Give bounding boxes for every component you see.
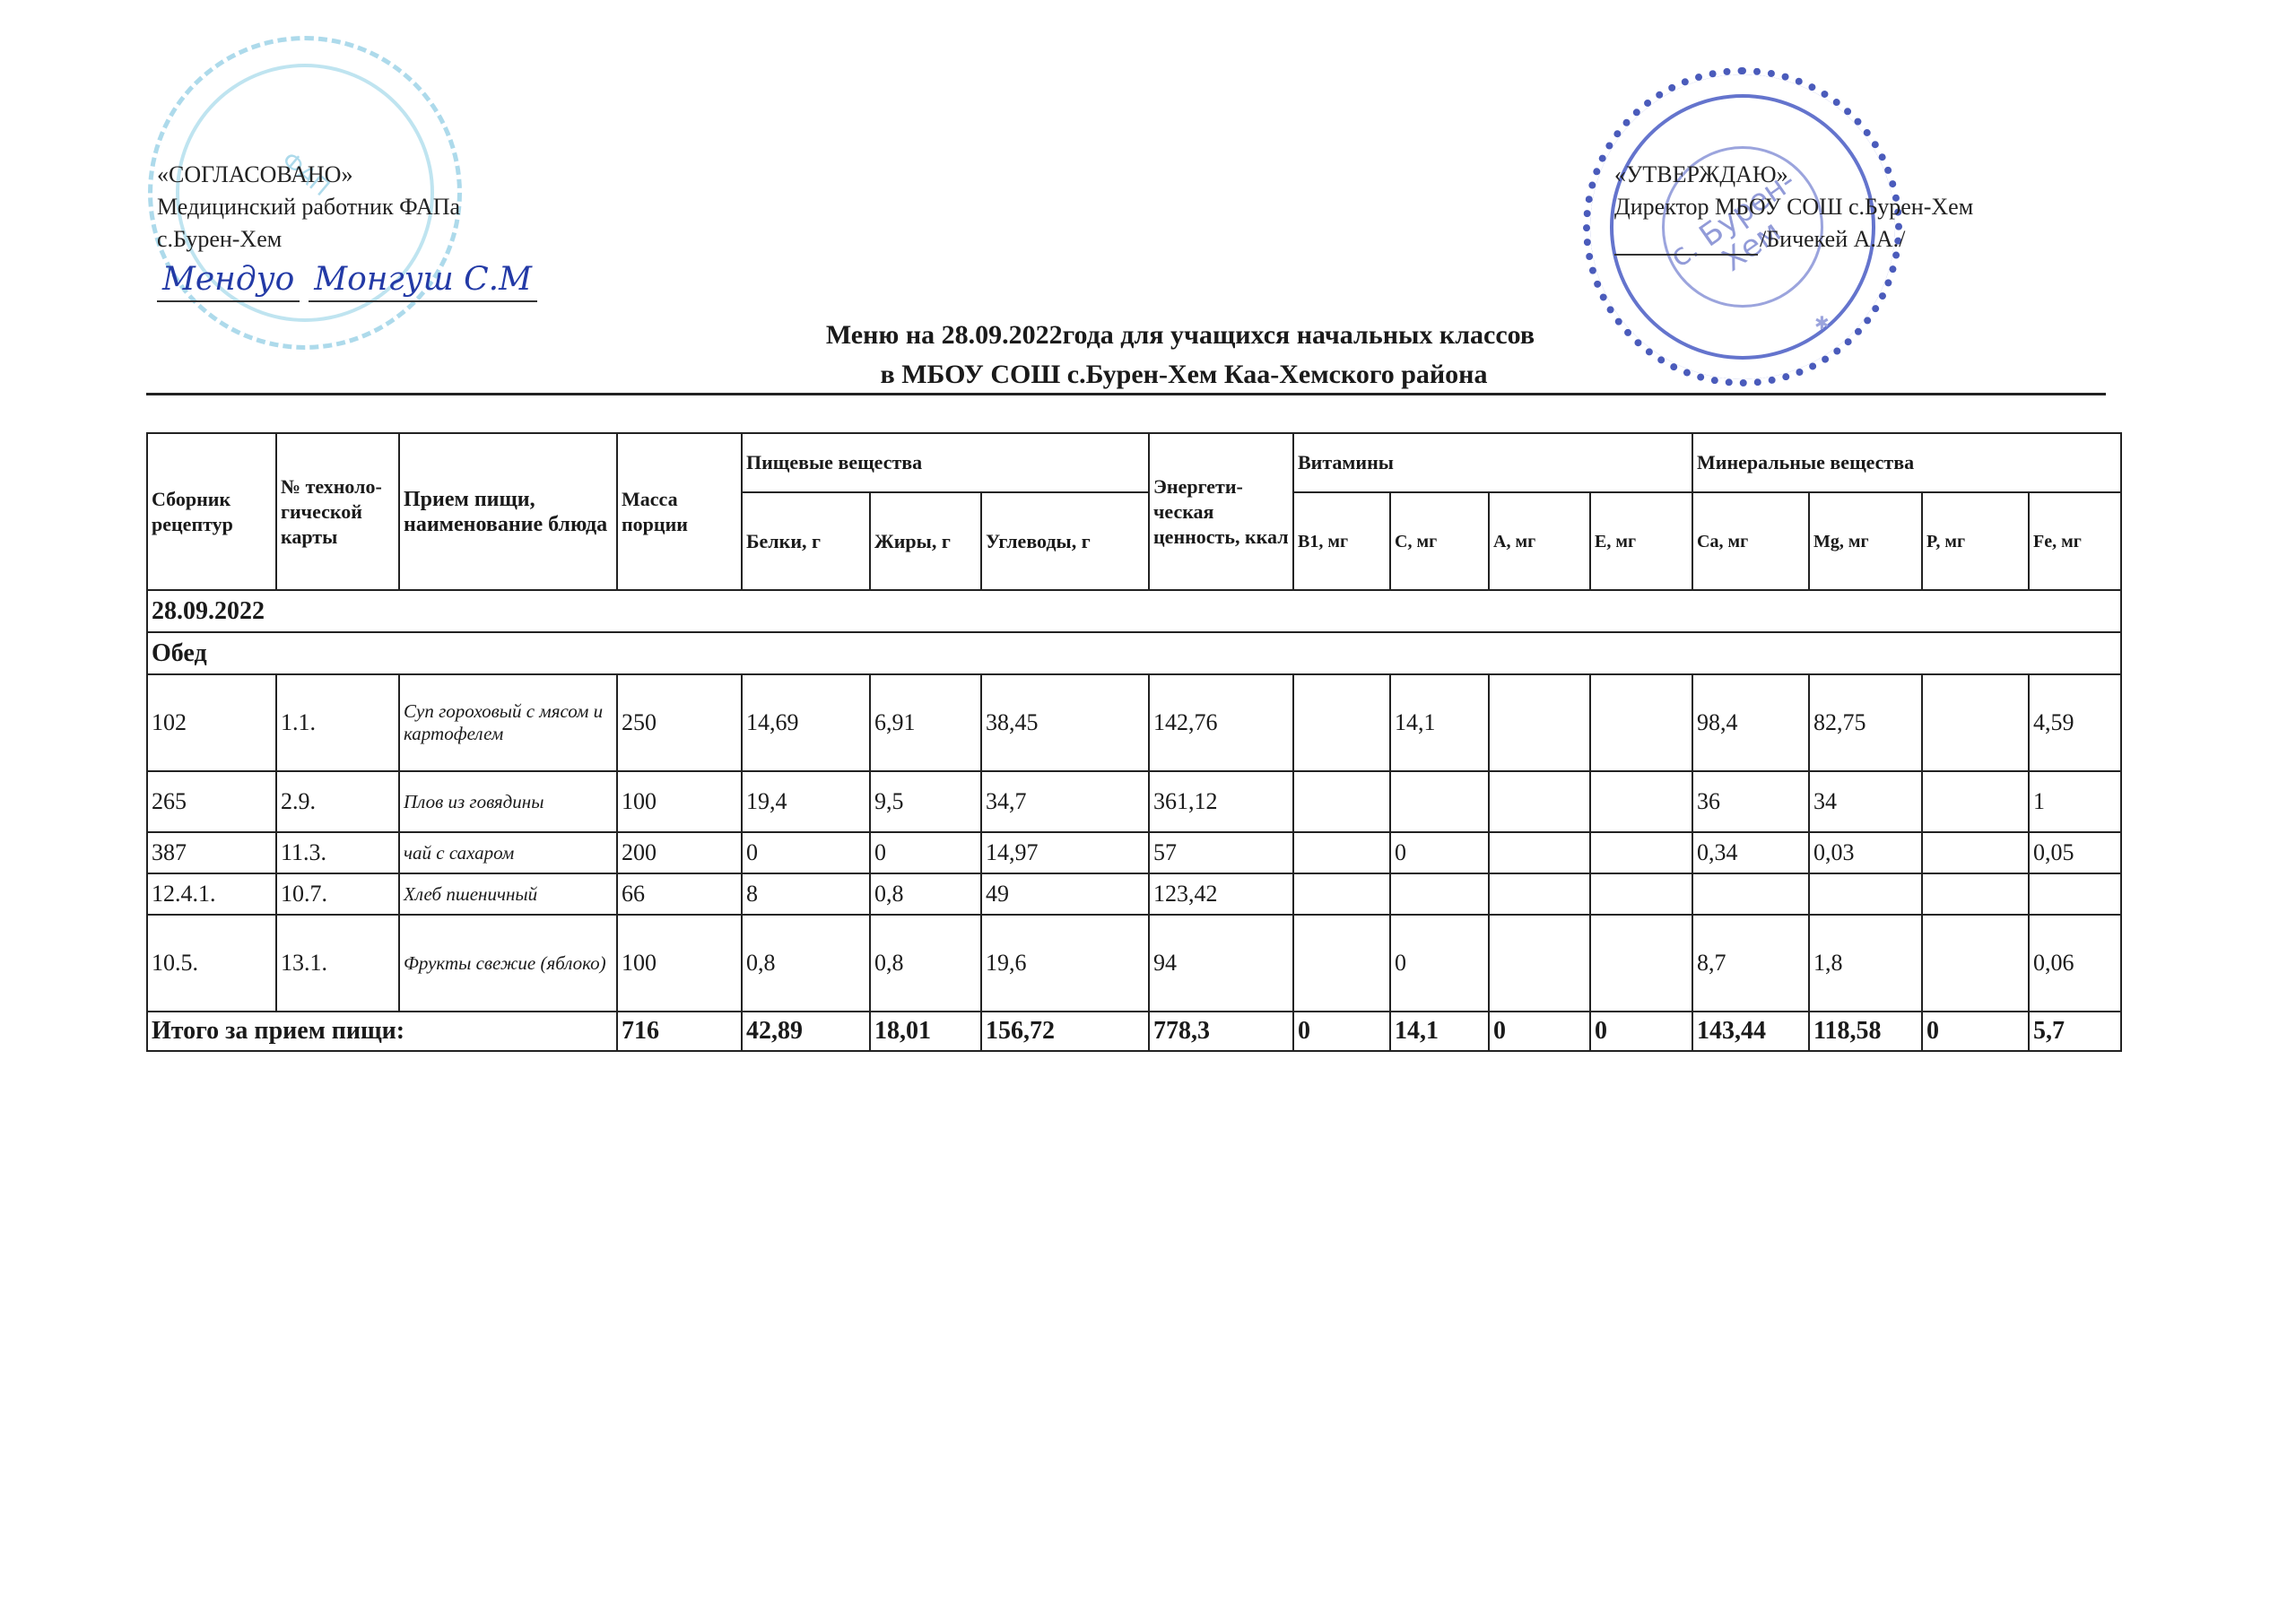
col-meal-name: Прием пищи, наименование блюда — [399, 433, 617, 590]
total-c: 14,1 — [1390, 1012, 1489, 1051]
cell-c — [1390, 771, 1489, 832]
col-p: P, мг — [1922, 492, 2029, 590]
cell-ca: 98,4 — [1692, 674, 1809, 771]
total-mg: 118,58 — [1809, 1012, 1922, 1051]
col-b1: B1, мг — [1293, 492, 1390, 590]
cell-protein: 8 — [742, 873, 870, 915]
total-p: 0 — [1922, 1012, 2029, 1051]
agreed-position: Медицинский работник ФАПа — [157, 191, 537, 223]
cell-ca: 36 — [1692, 771, 1809, 832]
col-group-nutrients: Пищевые вещества — [742, 433, 1149, 492]
cell-carbs: 34,7 — [981, 771, 1149, 832]
table-row: 38711.3.чай с сахаром2000014,975700,340,… — [147, 832, 2121, 873]
total-b1: 0 — [1293, 1012, 1390, 1051]
cell-a — [1489, 674, 1590, 771]
cell-ca: 8,7 — [1692, 915, 1809, 1012]
approved-signer: /Бичекей А.А./ — [1760, 223, 1905, 256]
cell-collection: 265 — [147, 771, 276, 832]
cell-p — [1922, 771, 2029, 832]
cell-mg: 0,03 — [1809, 832, 1922, 873]
cell-p — [1922, 674, 2029, 771]
cell-c — [1390, 873, 1489, 915]
col-protein: Белки, г — [742, 492, 870, 590]
cell-c: 14,1 — [1390, 674, 1489, 771]
total-ca: 143,44 — [1692, 1012, 1809, 1051]
total-a: 0 — [1489, 1012, 1590, 1051]
cell-protein: 19,4 — [742, 771, 870, 832]
col-collection: Сборник рецептур — [147, 433, 276, 590]
total-energy: 778,3 — [1149, 1012, 1293, 1051]
cell-protein: 0 — [742, 832, 870, 873]
cell-name: Суп гороховый с мясом и картофелем — [399, 674, 617, 771]
total-row: Итого за прием пищи: 716 42,89 18,01 156… — [147, 1012, 2121, 1051]
cell-portion: 250 — [617, 674, 742, 771]
cell-card: 2.9. — [276, 771, 399, 832]
menu-table: Сборник рецептур № техноло-гической карт… — [146, 432, 2122, 1052]
approved-position: Директор МБОУ СОШ с.Бурен-Хем — [1614, 191, 1973, 223]
total-fe: 5,7 — [2029, 1012, 2121, 1051]
col-energy: Энергети-ческая ценность, ккал — [1149, 433, 1293, 590]
table-row: 12.4.1.10.7.Хлеб пшеничный6680,849123,42 — [147, 873, 2121, 915]
cell-collection: 102 — [147, 674, 276, 771]
cell-fat: 9,5 — [870, 771, 981, 832]
total-carbs: 156,72 — [981, 1012, 1149, 1051]
col-carbs: Углеводы, г — [981, 492, 1149, 590]
cell-b1 — [1293, 771, 1390, 832]
cell-fat: 0,8 — [870, 873, 981, 915]
cell-p — [1922, 832, 2029, 873]
cell-collection: 387 — [147, 832, 276, 873]
cell-p — [1922, 915, 2029, 1012]
agreed-signature-line: Мендуо Монгуш С.М — [157, 256, 537, 302]
cell-portion: 200 — [617, 832, 742, 873]
meal-cell: Обед — [147, 632, 2121, 674]
cell-energy: 123,42 — [1149, 873, 1293, 915]
cell-protein: 14,69 — [742, 674, 870, 771]
total-protein: 42,89 — [742, 1012, 870, 1051]
agreed-location: с.Бурен-Хем — [157, 223, 537, 256]
cell-mg: 34 — [1809, 771, 1922, 832]
total-e: 0 — [1590, 1012, 1692, 1051]
meal-row: Обед — [147, 632, 2121, 674]
cell-mg — [1809, 873, 1922, 915]
cell-carbs: 19,6 — [981, 915, 1149, 1012]
cell-b1 — [1293, 915, 1390, 1012]
cell-c: 0 — [1390, 832, 1489, 873]
cell-e — [1590, 832, 1692, 873]
col-fe: Fe, мг — [2029, 492, 2121, 590]
col-fat: Жиры, г — [870, 492, 981, 590]
cell-ca: 0,34 — [1692, 832, 1809, 873]
cell-a — [1489, 915, 1590, 1012]
cell-name: чай с сахаром — [399, 832, 617, 873]
cell-energy: 361,12 — [1149, 771, 1293, 832]
agreed-heading: «СОГЛАСОВАНО» — [157, 159, 537, 191]
cell-name: Плов из говядины — [399, 771, 617, 832]
table-row: 10.5.13.1.Фрукты свежие (яблоко)1000,80,… — [147, 915, 2121, 1012]
cell-fe: 0,05 — [2029, 832, 2121, 873]
cell-portion: 100 — [617, 915, 742, 1012]
cell-b1 — [1293, 674, 1390, 771]
cell-p — [1922, 873, 2029, 915]
cell-a — [1489, 771, 1590, 832]
signature-blank — [1614, 229, 1758, 256]
cell-c: 0 — [1390, 915, 1489, 1012]
table-row: 2652.9.Плов из говядины10019,49,534,7361… — [147, 771, 2121, 832]
header-row-1: Сборник рецептур № техноло-гической карт… — [147, 433, 2121, 492]
title-line-2: в МБОУ СОШ с.Бурен-Хем Каа-Хемского райо… — [0, 355, 2296, 395]
approved-heading: «УТВЕРЖДАЮ» — [1614, 159, 1973, 191]
cell-card: 10.7. — [276, 873, 399, 915]
cell-card: 1.1. — [276, 674, 399, 771]
cell-fat: 0,8 — [870, 915, 981, 1012]
cell-e — [1590, 873, 1692, 915]
cell-b1 — [1293, 832, 1390, 873]
cell-fe: 4,59 — [2029, 674, 2121, 771]
col-tech-card: № техноло-гической карты — [276, 433, 399, 590]
cell-fe — [2029, 873, 2121, 915]
cell-fat: 0 — [870, 832, 981, 873]
title-line-1: Меню на 28.09.2022года для учащихся нача… — [0, 316, 2296, 355]
cell-collection: 12.4.1. — [147, 873, 276, 915]
cell-carbs: 38,45 — [981, 674, 1149, 771]
cell-fat: 6,91 — [870, 674, 981, 771]
cell-name: Фрукты свежие (яблоко) — [399, 915, 617, 1012]
cell-energy: 94 — [1149, 915, 1293, 1012]
cell-b1 — [1293, 873, 1390, 915]
cell-mg: 1,8 — [1809, 915, 1922, 1012]
cell-fe: 1 — [2029, 771, 2121, 832]
cell-a — [1489, 873, 1590, 915]
cell-portion: 66 — [617, 873, 742, 915]
agreed-block: «СОГЛАСОВАНО» Медицинский работник ФАПа … — [157, 159, 537, 302]
cell-card: 13.1. — [276, 915, 399, 1012]
cell-a — [1489, 832, 1590, 873]
col-group-minerals: Минеральные вещества — [1692, 433, 2121, 492]
signature: Мендуо — [157, 259, 300, 302]
cell-name: Хлеб пшеничный — [399, 873, 617, 915]
title-divider — [146, 393, 2106, 395]
table-row: 1021.1.Суп гороховый с мясом и картофеле… — [147, 674, 2121, 771]
col-portion: Масса порции — [617, 433, 742, 590]
cell-energy: 57 — [1149, 832, 1293, 873]
page-title: Меню на 28.09.2022года для учащихся нача… — [0, 316, 2296, 395]
total-fat: 18,01 — [870, 1012, 981, 1051]
date-cell: 28.09.2022 — [147, 590, 2121, 632]
cell-carbs: 14,97 — [981, 832, 1149, 873]
approved-block: «УТВЕРЖДАЮ» Директор МБОУ СОШ с.Бурен-Хе… — [1614, 159, 1973, 256]
col-ca: Ca, мг — [1692, 492, 1809, 590]
cell-mg: 82,75 — [1809, 674, 1922, 771]
col-a: A, мг — [1489, 492, 1590, 590]
col-mg: Mg, мг — [1809, 492, 1922, 590]
cell-card: 11.3. — [276, 832, 399, 873]
cell-e — [1590, 915, 1692, 1012]
total-portion: 716 — [617, 1012, 742, 1051]
col-e: E, мг — [1590, 492, 1692, 590]
col-group-vitamins: Витамины — [1293, 433, 1692, 492]
cell-protein: 0,8 — [742, 915, 870, 1012]
total-label: Итого за прием пищи: — [147, 1012, 617, 1051]
date-row: 28.09.2022 — [147, 590, 2121, 632]
cell-e — [1590, 674, 1692, 771]
col-c: C, мг — [1390, 492, 1489, 590]
approved-sign-row: /Бичекей А.А./ — [1614, 223, 1973, 256]
cell-e — [1590, 771, 1692, 832]
signature-name: Монгуш С.М — [309, 259, 537, 302]
cell-carbs: 49 — [981, 873, 1149, 915]
cell-portion: 100 — [617, 771, 742, 832]
cell-collection: 10.5. — [147, 915, 276, 1012]
cell-energy: 142,76 — [1149, 674, 1293, 771]
cell-ca — [1692, 873, 1809, 915]
cell-fe: 0,06 — [2029, 915, 2121, 1012]
